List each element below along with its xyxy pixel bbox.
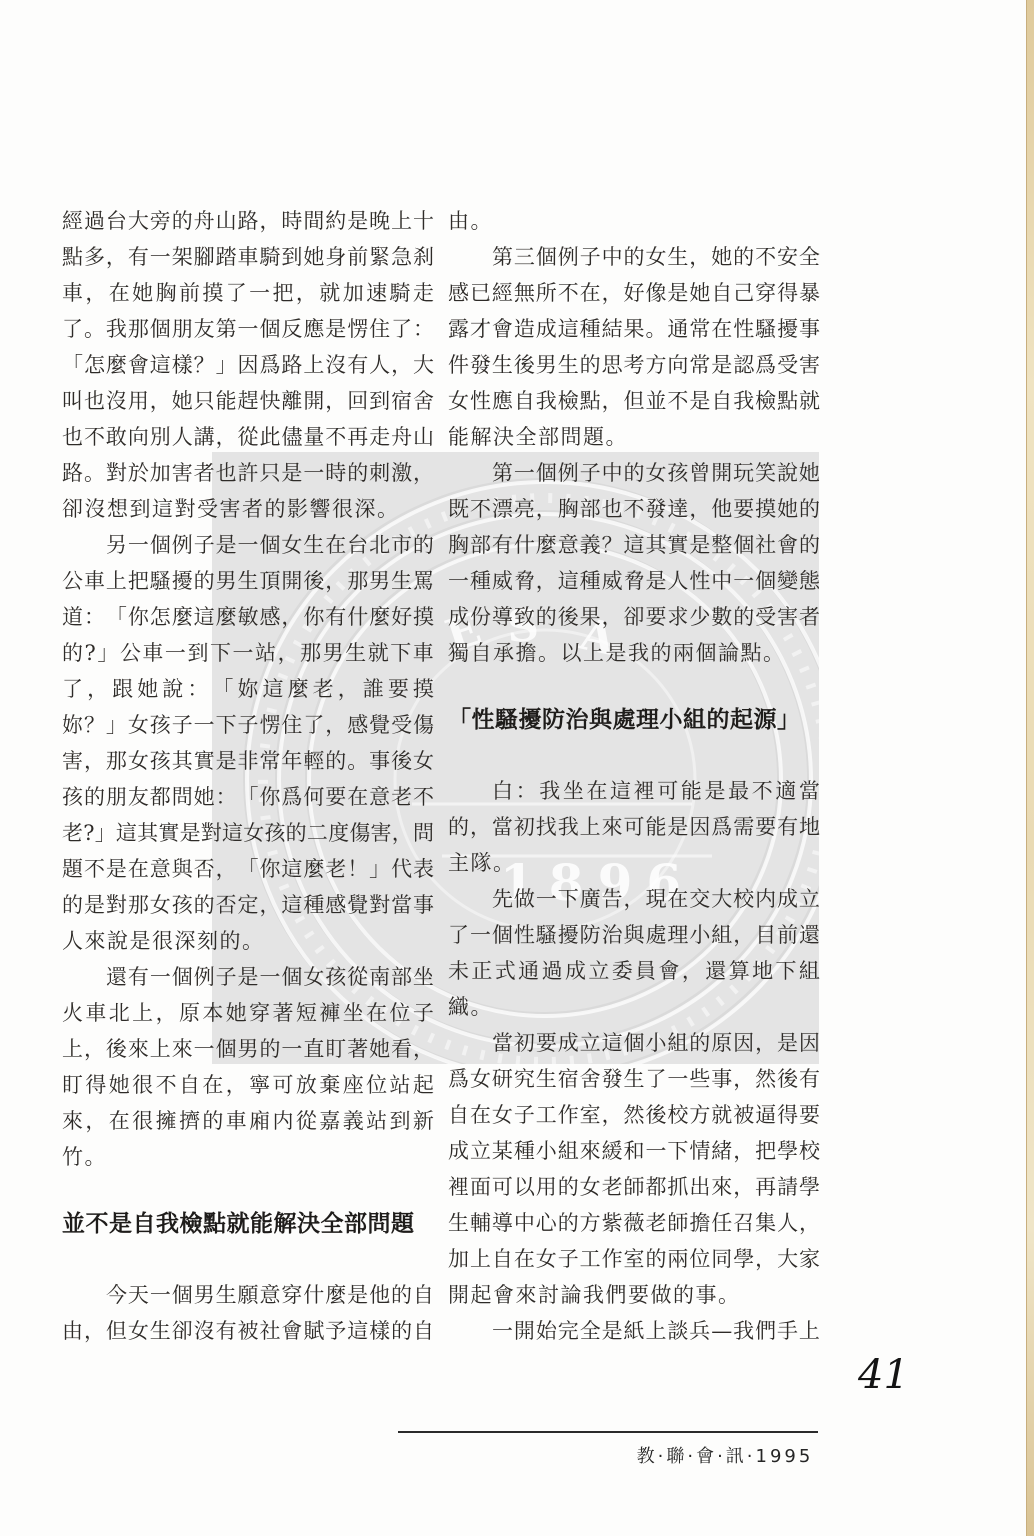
text-line: 第三個例子中的女生，她的不安全: [448, 239, 820, 275]
text-line: 妳？」女孩子一下子愣住了，感覺受傷: [62, 707, 434, 743]
text-line: 「怎麼會這樣？」因爲路上沒有人，大: [62, 347, 434, 383]
text-line: 害，那女孩其實是非常年輕的。事後女: [62, 743, 434, 779]
text-line: 來，在很擁擠的車廂内從嘉義站到新: [62, 1103, 434, 1139]
text-line: 路。對於加害者也許只是一時的刺激，: [62, 455, 434, 491]
text-line: 主隊。: [448, 845, 820, 881]
text-line: 成立某種小組來緩和一下情緒，把學校: [448, 1133, 820, 1169]
text-line: 獨自承擔。以上是我的兩個論點。: [448, 635, 820, 671]
text-line: 還有一個例子是一個女孩從南部坐: [62, 959, 434, 995]
text-line: 的，當初找我上來可能是因爲需要有地: [448, 809, 820, 845]
text-line: 當初要成立這個小組的原因，是因: [448, 1025, 820, 1061]
text-line: 人來說是很深刻的。: [62, 923, 434, 959]
section-heading: 並不是自我檢點就能解決全部問題: [62, 1209, 434, 1239]
text-line: 了。我那個朋友第一個反應是愣住了：: [62, 311, 434, 347]
text-line: 另一個例子是一個女生在台北市的: [62, 527, 434, 563]
text-line: 了一個性騷擾防治與處理小組，目前還: [448, 917, 820, 953]
text-line: 感已經無所不在，好像是她自己穿得暴: [448, 275, 820, 311]
text-line: 開起會來討論我們要做的事。: [448, 1277, 820, 1313]
text-line: 裡面可以用的女老師都抓出來，再請學: [448, 1169, 820, 1205]
text-line: 未正式通過成立委員會，還算地下組: [448, 953, 820, 989]
text-line: 一開始完全是紙上談兵—我們手上: [448, 1313, 820, 1349]
text-line: 車，在她胸前摸了一把，就加速騎走: [62, 275, 434, 311]
footer-rule: [398, 1431, 818, 1433]
text-line: 竹。: [62, 1139, 434, 1175]
text-line: 點多，有一架腳踏車騎到她身前緊急刹: [62, 239, 434, 275]
page-number: 41: [858, 1352, 909, 1398]
scan-edge-strip: [1026, 0, 1034, 1536]
text-line: 由。: [448, 203, 820, 239]
text-line: 白：我坐在這裡可能是最不適當: [448, 773, 820, 809]
text-line: 先做一下廣告，現在交大校内成立: [448, 881, 820, 917]
text-line: 胸部有什麼意義？這其實是整個社會的: [448, 527, 820, 563]
right-column: 由。第三個例子中的女生，她的不安全感已經無所不在，好像是她自己穿得暴露才會造成這…: [448, 203, 820, 1349]
footer-journal-label: 教·聯·會·訊·1995: [620, 1442, 830, 1468]
text-line: 題不是在意與否，「你這麼老！」代表: [62, 851, 434, 887]
text-line: 能解決全部問題。: [448, 419, 820, 455]
text-line: 也不敢向別人講，從此儘量不再走舟山: [62, 419, 434, 455]
text-line: 既不漂亮，胸部也不發達，他要摸她的: [448, 491, 820, 527]
text-line: 自在女子工作室，然後校方就被逼得要: [448, 1097, 820, 1133]
text-line: 織。: [448, 989, 820, 1025]
text-line: 的?」公車一到下一站，那男生就下車: [62, 635, 434, 671]
text-line: 女性應自我檢點，但並不是自我檢點就: [448, 383, 820, 419]
text-line: 生輔導中心的方紫薇老師擔任召集人，: [448, 1205, 820, 1241]
text-line: 爲女研究生宿舍發生了一些事，然後有: [448, 1061, 820, 1097]
text-line: 卻沒想到這對受害者的影響很深。: [62, 491, 434, 527]
text-line: 由，但女生卻沒有被社會賦予這樣的自: [62, 1313, 434, 1349]
text-line: 第一個例子中的女孩曾開玩笑說她: [448, 455, 820, 491]
document-page: E S A 1896 經過台大旁的舟山路，時間約是晚上十點多，有一架腳踏車騎到她…: [0, 0, 1034, 1536]
text-line: 經過台大旁的舟山路，時間約是晚上十: [62, 203, 434, 239]
text-line: 道：「你怎麼這麼敏感，你有什麼好摸: [62, 599, 434, 635]
text-line: 上，後來上來一個男的一直盯著她看，: [62, 1031, 434, 1067]
text-line: 火車北上，原本她穿著短褲坐在位子: [62, 995, 434, 1031]
text-line: 公車上把騷擾的男生頂開後，那男生罵: [62, 563, 434, 599]
text-line: 加上自在女子工作室的兩位同學，大家: [448, 1241, 820, 1277]
text-line: 孩的朋友都問她：「你爲何要在意老不: [62, 779, 434, 815]
text-line: 件發生後男生的思考方向常是認爲受害: [448, 347, 820, 383]
text-line: 一種威脅，這種威脅是人性中一個變態: [448, 563, 820, 599]
text-line: 了，跟她說：「妳這麼老，誰要摸: [62, 671, 434, 707]
text-line: 今天一個男生願意穿什麼是他的自: [62, 1277, 434, 1313]
text-line: 的是對那女孩的否定，這種感覺對當事: [62, 887, 434, 923]
text-line: 叫也沒用，她只能趕快離開，回到宿舍: [62, 383, 434, 419]
text-line: 老?」這其實是對這女孩的二度傷害，問: [62, 815, 434, 851]
text-line: 盯得她很不自在，寧可放棄座位站起: [62, 1067, 434, 1103]
text-line: 露才會造成這種結果。通常在性騷擾事: [448, 311, 820, 347]
section-heading: 「性騷擾防治與處理小組的起源」: [448, 705, 820, 735]
text-line: 成份導致的後果，卻要求少數的受害者: [448, 599, 820, 635]
left-column: 經過台大旁的舟山路，時間約是晚上十點多，有一架腳踏車騎到她身前緊急刹車，在她胸前…: [62, 203, 434, 1349]
